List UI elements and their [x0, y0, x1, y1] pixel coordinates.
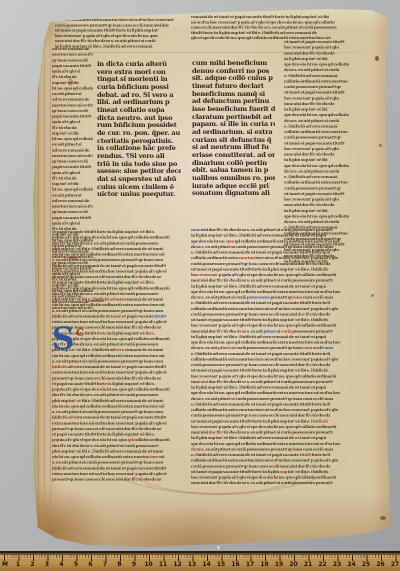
ruler-number: 21 [302, 561, 314, 568]
rubric-stroke [68, 257, 78, 259]
ruler-number: 11 [157, 561, 169, 568]
ruler-number: 1 [12, 561, 24, 568]
ruler-number: 4 [56, 561, 68, 568]
ruler-number: 13 [186, 561, 198, 568]
stain-speck [380, 516, 386, 520]
stain-speck [379, 144, 382, 147]
rubric-mark: C [76, 328, 84, 339]
main-text-column-a: in dicta curia alterūvero extra mori con… [97, 61, 181, 200]
ruler-number: 27 [389, 561, 400, 568]
ruler-number: 14 [201, 561, 213, 568]
ruler-number: 24 [346, 561, 358, 568]
ruler-number: 17 [244, 561, 256, 568]
fold-line [44, 22, 45, 534]
ruler-number: 8 [114, 561, 126, 568]
ruler-number: 19 [273, 561, 285, 568]
main-text-column-b: cum mihi beneficiumdenuo conferri no pos… [192, 60, 275, 200]
ruler-number: 26 [375, 561, 387, 568]
centimeter-ruler: M 12345678910111213141516171819202122232… [0, 551, 400, 571]
commentary-right-column: moz nisi dnr ff c tn̄ vbo dz sz s. ex aū… [191, 227, 353, 490]
ruler-number: 9 [128, 561, 140, 568]
ruler-number: 10 [143, 561, 155, 568]
ruler-number: 3 [41, 561, 53, 568]
rubric-stroke [90, 300, 104, 302]
ruler-number: 23 [331, 561, 343, 568]
ruler-number: 12 [172, 561, 184, 568]
manuscript-photo: collatio ordinariū extra mortuo iure nō … [0, 0, 400, 571]
dust-speck [217, 546, 220, 549]
ruler-number: 7 [99, 561, 111, 568]
fold-line [38, 20, 39, 535]
ruler-number: 20 [288, 561, 300, 568]
ruler-number: 2 [27, 561, 39, 568]
gloss-top-left: collatio ordinariū extra mortuo iure nō … [55, 17, 179, 49]
fold-line [50, 24, 51, 532]
ruler-number: 5 [70, 561, 82, 568]
ruler-unit-label: M [2, 561, 8, 568]
ruler-number: 16 [230, 561, 242, 568]
ruler-number: 15 [215, 561, 227, 568]
ruler-number: 25 [360, 561, 372, 568]
ruler-number: 22 [317, 561, 329, 568]
illuminated-initial-S: S [52, 324, 74, 354]
stain-speck [375, 56, 379, 61]
ruler-number: 6 [85, 561, 97, 568]
ruler-number: 18 [259, 561, 271, 568]
parchment-leaf: collatio ordinariū extra mortuo iure nō … [28, 8, 394, 550]
stain-speck [371, 294, 374, 297]
